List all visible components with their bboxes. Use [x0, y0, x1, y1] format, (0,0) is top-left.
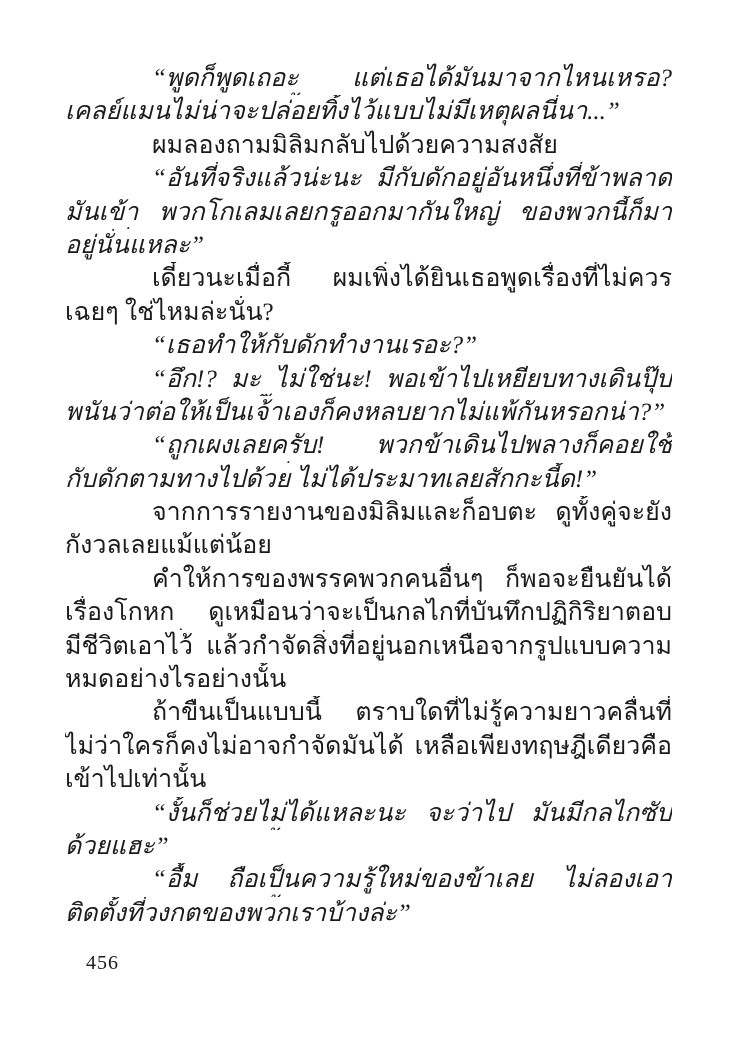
text-line: ด้วยแฮะ”	[65, 830, 672, 863]
paragraph-dialogue: “อันที่จริงแล้วน่ะนะ มีกับดักอยู่อันหนึ่…	[65, 162, 672, 262]
text-line: ถ้าขืนเป็นแบบนี้ ตราบใดที่ไม่รู้ความยาวค…	[65, 696, 672, 729]
book-page: “พูดก็พูดเถอะ แต่เธอได้มันมาจากไหนเหรอ? …	[0, 0, 738, 1051]
paragraph-dialogue: “เธอทำให้กับดักทำงานเรอะ?”	[65, 329, 672, 362]
text-line: “พูดก็พูดเถอะ แต่เธอได้มันมาจากไหนเหรอ? …	[65, 62, 672, 95]
text-line: “ถูกเผงเลยครับ! พวกข้าเดินไปพลางก็คอยใช้…	[65, 429, 672, 462]
text-line: อยู่นั่นแหละ”	[65, 229, 672, 262]
paragraph-dialogue: “งั้นก็ช่วยไม่ได้แหละนะ จะว่าไป มันมีกลไ…	[65, 797, 672, 864]
text-line: กังวลเลยแม้แต่น้อย	[65, 529, 672, 562]
text-block: “พูดก็พูดเถอะ แต่เธอได้มันมาจากไหนเหรอ? …	[65, 62, 672, 930]
text-line: ผมลองถามมิลิมกลับไปด้วยความสงสัย	[65, 129, 672, 162]
text-line: เคลย์แมนไม่น่าจะปล่อยทิ้งไว้แบบไม่มีเหตุ…	[65, 95, 672, 128]
text-line: “อันที่จริงแล้วน่ะนะ มีกับดักอยู่อันหนึ่…	[65, 162, 672, 195]
text-line: มีชีวิตเอาไว้ แล้วกำจัดสิ่งที่อยู่นอกเหน…	[65, 630, 672, 663]
page-number: 456	[86, 950, 119, 976]
text-line: “อึก!? มะ ไม่ใช่นะ! พอเข้าไปเหยียบทางเดิ…	[65, 363, 672, 396]
text-line: เรื่องโกหก ดูเหมือนว่าจะเป็นกลไกที่บันทึ…	[65, 596, 672, 629]
text-line: พนันว่าต่อให้เป็นเจ้าเองก็คงหลบยากไม่แพ้…	[65, 396, 672, 429]
text-line: กับดักตามทางไปด้วย ไม่ได้ประมาทเลยสักกะน…	[65, 463, 672, 496]
paragraph-dialogue: “อึก!? มะ ไม่ใช่นะ! พอเข้าไปเหยียบทางเดิ…	[65, 363, 672, 430]
text-line: เฉยๆ ใช่ไหมล่ะนั่น?	[65, 296, 672, 329]
text-line: มันเข้า พวกโกเลมเลยกรูออกมากันใหญ่ ของพว…	[65, 196, 672, 229]
text-line: หมดอย่างไรอย่างนั้น	[65, 663, 672, 696]
paragraph-narration: ผมลองถามมิลิมกลับไปด้วยความสงสัย	[65, 129, 672, 162]
paragraph-narration: จากการรายงานของมิลิมและก็อบตะ ดูทั้งคู่จ…	[65, 496, 672, 563]
text-line: เดี๋ยวนะเมื่อกี้ ผมเพิ่งได้ยินเธอพูดเรื่…	[65, 262, 672, 295]
text-line: “งั้นก็ช่วยไม่ได้แหละนะ จะว่าไป มันมีกลไ…	[65, 797, 672, 830]
paragraph-narration: คำให้การของพรรคพวกคนอื่นๆ ก็พอจะยืนยันได…	[65, 563, 672, 697]
text-line: “เธอทำให้กับดักทำงานเรอะ?”	[65, 329, 672, 362]
text-line: “อื้ม ถือเป็นความรู้ใหม่ของข้าเลย ไม่ลอง…	[65, 863, 672, 896]
paragraph-dialogue: “อื้ม ถือเป็นความรู้ใหม่ของข้าเลย ไม่ลอง…	[65, 863, 672, 930]
text-line: ติดตั้งที่วงกตของพวกเราบ้างล่ะ”	[65, 897, 672, 930]
text-line: จากการรายงานของมิลิมและก็อบตะ ดูทั้งคู่จ…	[65, 496, 672, 529]
text-line: เข้าไปเท่านั้น	[65, 763, 672, 796]
paragraph-narration: เดี๋ยวนะเมื่อกี้ ผมเพิ่งได้ยินเธอพูดเรื่…	[65, 262, 672, 329]
paragraph-dialogue: “พูดก็พูดเถอะ แต่เธอได้มันมาจากไหนเหรอ? …	[65, 62, 672, 129]
text-line: คำให้การของพรรคพวกคนอื่นๆ ก็พอจะยืนยันได…	[65, 563, 672, 596]
paragraph-dialogue: “ถูกเผงเลยครับ! พวกข้าเดินไปพลางก็คอยใช้…	[65, 429, 672, 496]
text-line: ไม่ว่าใครก็คงไม่อาจกำจัดมันได้ เหลือเพีย…	[65, 730, 672, 763]
paragraph-narration: ถ้าขืนเป็นแบบนี้ ตราบใดที่ไม่รู้ความยาวค…	[65, 696, 672, 796]
